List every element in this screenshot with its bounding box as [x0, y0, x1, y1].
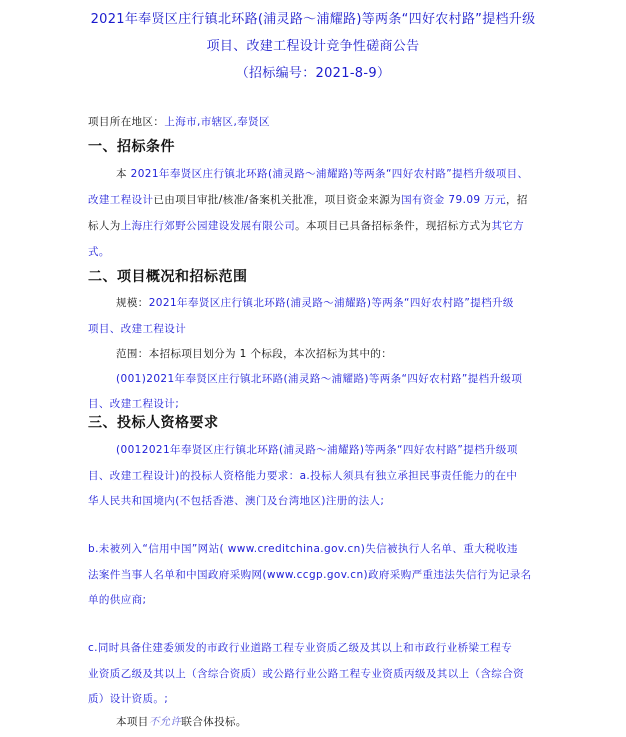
scale-value: 2021年奉贤区庄行镇北环路(浦灵路～浦耀路)等两条“四好农村路”提档升级: [149, 297, 514, 309]
section3-p1-line3: 华人民共和国境内(不包括香港、澳门及台湾地区)注册的法人;: [88, 493, 384, 508]
scale-label: 规模：: [116, 297, 149, 309]
section3-c-line3: 质）设计资质。;: [88, 691, 168, 706]
location-value: 上海市,市辖区,奉贤区: [164, 116, 270, 128]
announcement-title-line1: 2021年奉贤区庄行镇北环路(浦灵路～浦耀路)等两条“四好农村路”提档升级: [0, 8, 626, 27]
consortium-text: 本项目: [116, 716, 149, 728]
project-location: 项目所在地区：上海市,市辖区,奉贤区: [88, 114, 270, 129]
section2-lot-line1: (001)2021年奉贤区庄行镇北环路(浦灵路～浦耀路)等两条“四好农村路”提档…: [116, 371, 522, 386]
s1-text: 。本项目已具备招标条件，现招标方式为: [295, 220, 491, 232]
bid-number: （招标编号：2021-8-9）: [0, 62, 626, 81]
consortium-value: 不允许: [149, 716, 182, 728]
s1-text: 标人为: [88, 220, 121, 232]
section3-c-line2: 业资质乙级及其以上（含综合资质）或公路行业公路工程专业资质丙级及其以上（含综合资: [88, 666, 524, 681]
s1-text: 已由项目审批/核准/备案机关批准，项目资金来源为: [153, 194, 401, 206]
section2-scale-line2: 项目、改建工程设计: [88, 321, 186, 336]
section1-line3: 标人为上海庄行郊野公园建设发展有限公司。本项目已具备招标条件，现招标方式为其它方: [88, 218, 524, 233]
section3-b-line1: b.未被列入“信用中国”网站( www.creditchina.gov.cn)失…: [88, 541, 518, 556]
section1-line1: 本 2021年奉贤区庄行镇北环路(浦灵路～浦耀路)等两条“四好农村路”提档升级项…: [116, 166, 528, 181]
section1-line4: 式。: [88, 244, 110, 259]
s1-funding: 国有资金 79.09 万元: [401, 194, 506, 206]
s1-text: 本: [116, 168, 131, 180]
section3-b-line3: 单的供应商;: [88, 592, 146, 607]
consortium-text: 联合体投标。: [181, 716, 246, 728]
s1-tenderer: 上海庄行郊野公园建设发展有限公司: [121, 220, 295, 232]
announcement-title-line2: 项目、改建工程设计竞争性磋商公告: [0, 35, 626, 54]
section3-heading: 三、投标人资格要求: [88, 412, 219, 432]
location-label: 项目所在地区：: [88, 116, 164, 128]
section3-p1-line2: 目、改建工程设计)的投标人资格能力要求：a.投标人须具有独立承担民事责任能力的在…: [88, 468, 517, 483]
s1-text: ，招: [506, 194, 528, 206]
section3-c-line1: c.同时具备住建委颁发的市政行业道路工程专业资质乙级及其以上和市政行业桥梁工程专: [88, 640, 512, 655]
s1-project-name-cont: 改建工程设计: [88, 194, 153, 206]
s1-method: 其它方: [491, 220, 524, 232]
section2-range: 范围：本招标项目划分为 1 个标段，本次招标为其中的：: [116, 346, 392, 361]
section1-heading: 一、招标条件: [88, 136, 175, 156]
s1-project-name: 2021年奉贤区庄行镇北环路(浦灵路～浦耀路)等两条“四好农村路”提档升级项目、: [131, 168, 529, 180]
section2-scale-line1: 规模：2021年奉贤区庄行镇北环路(浦灵路～浦耀路)等两条“四好农村路”提档升级: [116, 295, 514, 310]
section2-heading: 二、项目概况和招标范围: [88, 266, 248, 286]
section1-line2: 改建工程设计已由项目审批/核准/备案机关批准，项目资金来源为国有资金 79.09…: [88, 192, 528, 207]
section3-b-line2: 法案件当事人名单和中国政府采购网(www.ccgp.gov.cn)政府采购严重违…: [88, 567, 532, 582]
consortium-statement: 本项目不允许联合体投标。: [116, 714, 247, 729]
section3-p1-line1: (0012021年奉贤区庄行镇北环路(浦灵路～浦耀路)等两条“四好农村路”提档升…: [116, 442, 518, 457]
section2-lot-line2: 目、改建工程设计;: [88, 396, 179, 411]
